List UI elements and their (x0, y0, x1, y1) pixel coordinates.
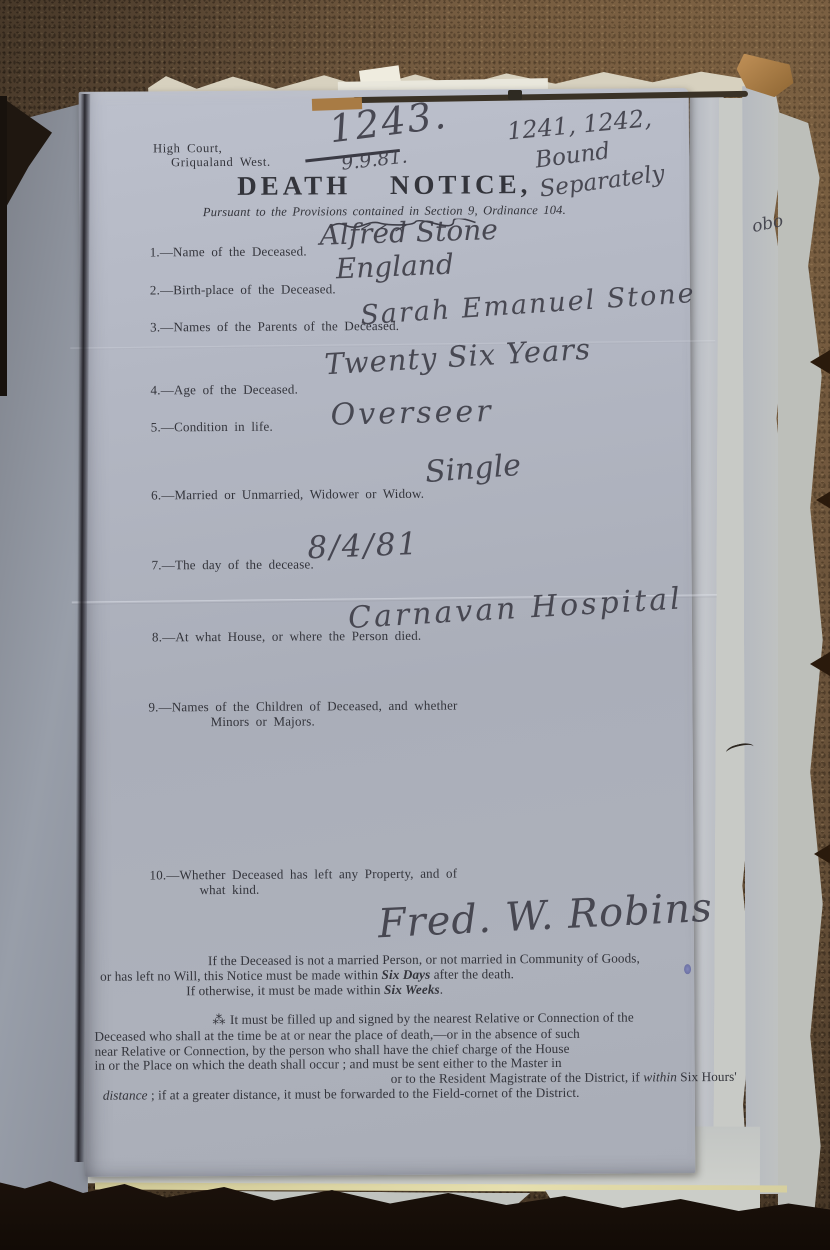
book-spine-edge (0, 96, 7, 396)
blue-ink-dot (684, 964, 691, 974)
fine-print-paragraph-1: If the Deceased is not a married Person,… (100, 951, 640, 999)
form-item-10: 10.—Whether Deceased has left any Proper… (149, 866, 457, 898)
form-item-5: 5.—Condition in life. (151, 419, 273, 435)
item-label: 2.—Birth-place of the Deceased. (150, 281, 336, 297)
court-line1: High Court, (153, 141, 271, 156)
handwritten-date-of-death: 8/4/81 (307, 526, 420, 567)
form-item-4: 4.—Age of the Deceased. (150, 382, 298, 398)
handwritten-place-of-death: Carnavan Hospital (347, 581, 684, 636)
handwritten-parents-names: Sarah Emanuel Stone (359, 278, 696, 331)
item-label: 9.—Names of the Children of Deceased, an… (148, 698, 457, 715)
photographed-document-scene: obo High Court, Griqualand West. 1243. 9… (0, 0, 830, 1250)
court-name: High Court, Griqualand West. (153, 141, 271, 170)
form-item-7: 7.—The day of the decease. (152, 556, 314, 572)
item-label: 1.—Name of the Deceased. (150, 243, 307, 259)
item-label-line2: what kind. (150, 881, 458, 898)
item-label: 7.—The day of the decease. (152, 556, 314, 572)
item-label: 4.—Age of the Deceased. (150, 382, 298, 398)
handwritten-birthplace: England (335, 248, 454, 286)
court-line2: Griqualand West. (153, 155, 271, 170)
form-item-6: 6.—Married or Unmarried, Widower or Wido… (151, 486, 424, 503)
handwritten-age: Twenty Six Years (324, 332, 592, 382)
form-item-1: 1.—Name of the Deceased. (150, 243, 307, 259)
form-item-9: 9.—Names of the Children of Deceased, an… (148, 698, 457, 730)
item-label: 6.—Married or Unmarried, Widower or Wido… (151, 486, 424, 503)
death-notice-page: High Court, Griqualand West. 1243. 9.9.8… (79, 88, 696, 1177)
handwritten-marital-status: Single (424, 448, 522, 490)
page-title: DEATH NOTICE, (94, 168, 674, 203)
handwritten-condition-in-life: Overseer (330, 394, 494, 433)
item-label: 5.—Condition in life. (151, 419, 273, 435)
torn-tan-paper-bit (312, 97, 362, 111)
item-label: 10.—Whether Deceased has left any Proper… (149, 866, 457, 883)
item-label-line2: Minors or Majors. (148, 713, 457, 730)
handwritten-name-of-deceased: Alfred Stone (319, 213, 498, 252)
margin-note-numbers: 1241, 1242, (506, 104, 653, 145)
form-item-2: 2.—Birth-place of the Deceased. (150, 281, 336, 297)
fine-print-line: distance ; if at a greater distance, it … (95, 1085, 737, 1104)
dark-paper-speck (508, 90, 522, 100)
fine-print-paragraph-2: ⁂ It must be filled up and signed by the… (94, 1010, 737, 1104)
